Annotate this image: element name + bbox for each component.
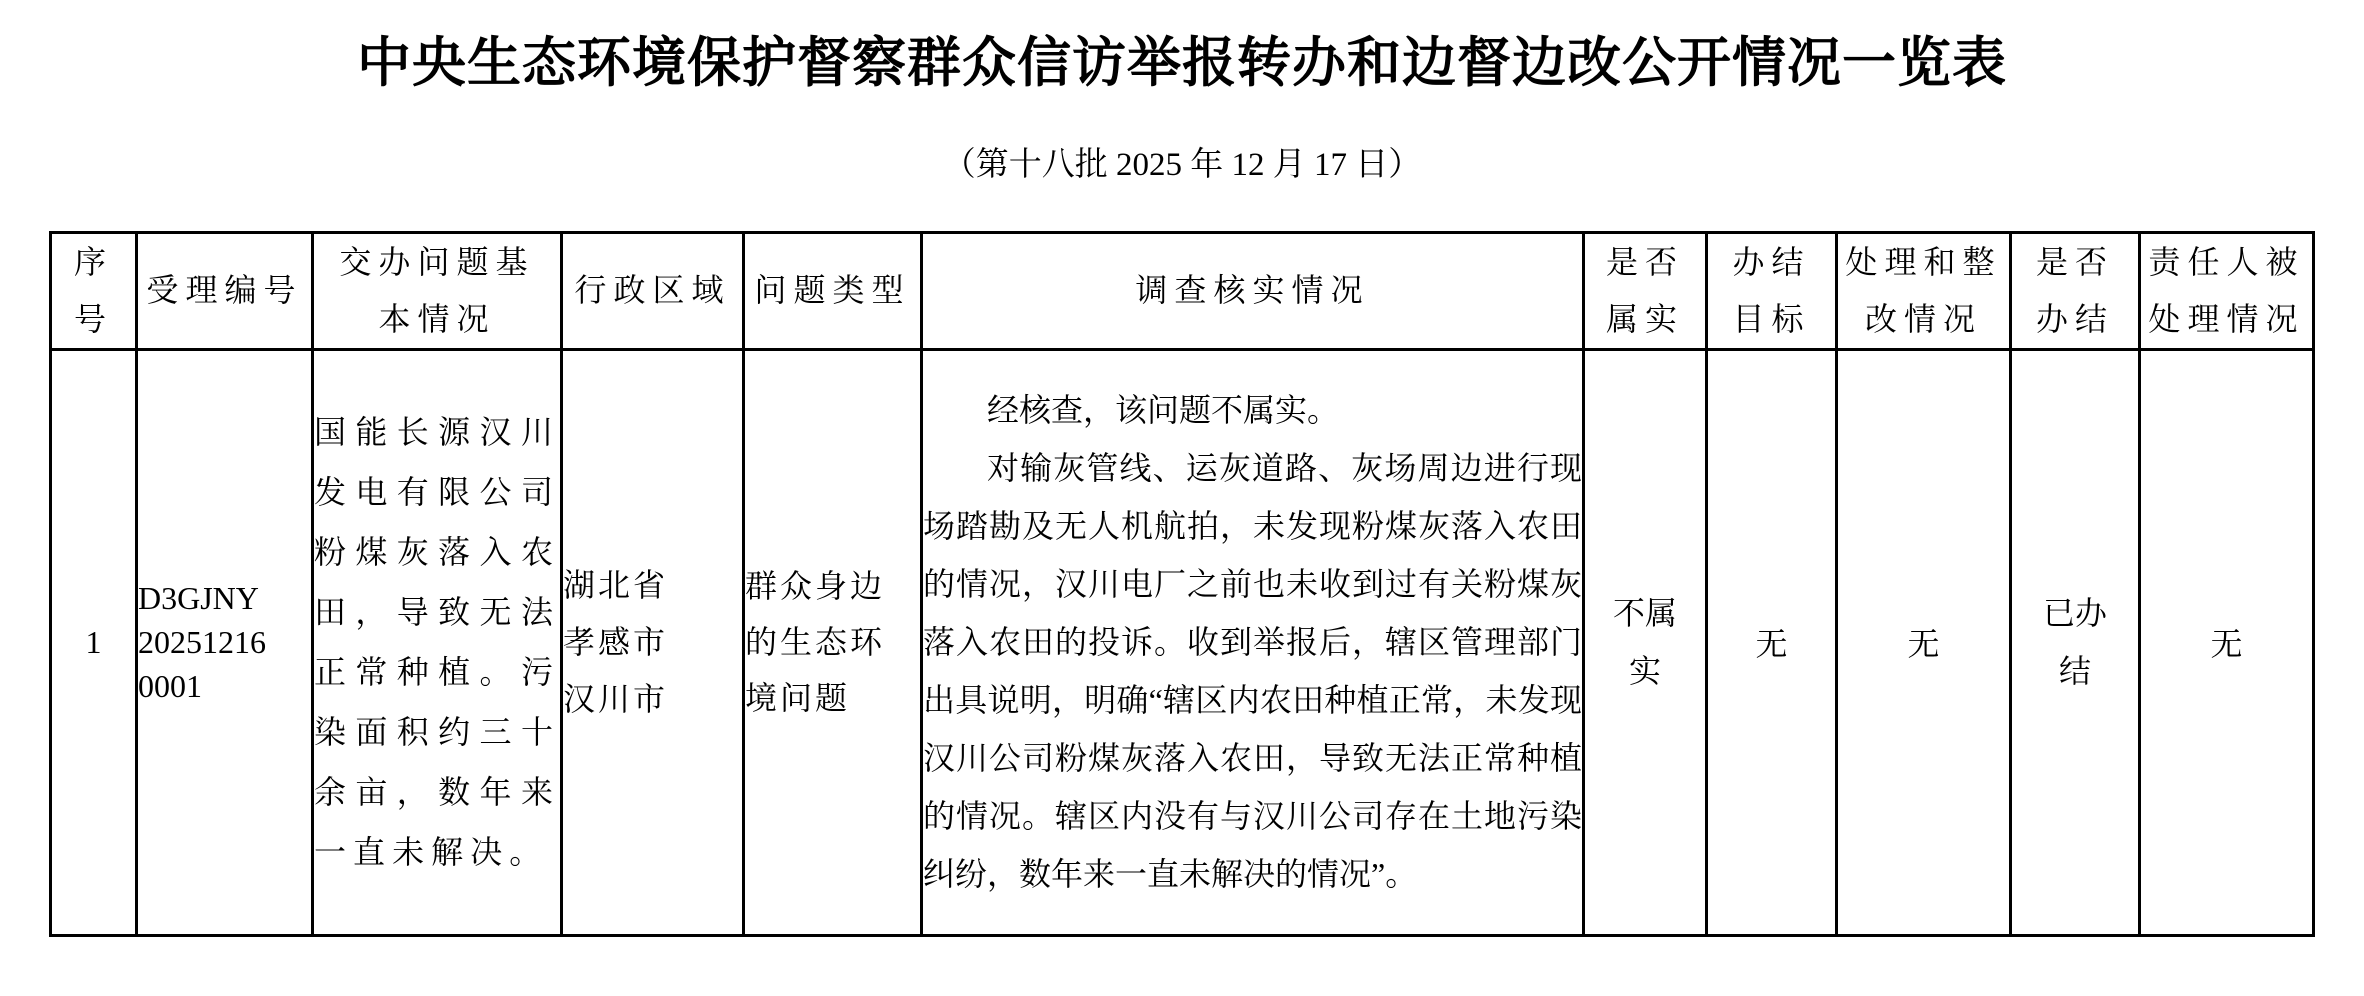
col-header-is-closed: 是否 办结 xyxy=(2011,232,2140,349)
cell-accountability: 无 xyxy=(2140,349,2314,935)
cell-line: 的生态环 xyxy=(745,614,920,670)
cell-case-number: D3GJNY 20251216 0001 xyxy=(137,349,313,935)
header-line: 本情况 xyxy=(314,291,560,348)
header-line: 办结 xyxy=(2012,291,2138,348)
cell-target: 无 xyxy=(1707,349,1837,935)
verification-paragraph-1: 经核查，该问题不属实。 xyxy=(923,381,1582,439)
cell-region: 湖北省 孝感市 汉川市 xyxy=(562,349,744,935)
cell-line: 湖北省 xyxy=(563,557,742,614)
cell-problem-summary: 国能长源汉川发电有限公司粉煤灰落入农田，导致无法正常种植。污染面积约三十余亩，数… xyxy=(313,349,562,935)
col-header-target: 办结 目标 xyxy=(1707,232,1837,349)
cell-line: 不属 xyxy=(1585,584,1705,642)
table-row: 1 D3GJNY 20251216 0001 国能长源汉川发电有限公司粉煤灰落入… xyxy=(51,349,2314,935)
header-line: 办结 xyxy=(1708,234,1835,291)
header-line: 序 xyxy=(52,234,135,291)
col-header-problem-type: 问题类型 xyxy=(744,232,922,349)
cell-line: 已办 xyxy=(2012,584,2138,642)
problem-summary-text: 国能长源汉川发电有限公司粉煤灰落入农田，导致无法正常种植。污染面积约三十余亩，数… xyxy=(314,402,560,882)
cell-line: 20251216 xyxy=(138,620,311,664)
cell-line: D3GJNY xyxy=(138,576,311,620)
report-table: 序 号 受理编号 交办问题基 本情况 行政区域 问题类型 调查核实情况 是否 属… xyxy=(49,231,2315,937)
cell-line: 0001 xyxy=(138,664,311,708)
header-line: 行政区域 xyxy=(563,262,742,319)
cell-line: 实 xyxy=(1585,642,1705,700)
header-line: 调查核实情况 xyxy=(923,262,1582,319)
col-header-region: 行政区域 xyxy=(562,232,744,349)
page-subtitle: （第十八批 2025 年 12 月 17 日） xyxy=(0,144,2364,187)
col-header-index: 序 号 xyxy=(51,232,137,349)
cell-problem-type: 群众身边 的生态环 境问题 xyxy=(744,349,922,935)
cell-index: 1 xyxy=(51,349,137,935)
page-title: 中央生态环境保护督察群众信访举报转办和边督边改公开情况一览表 xyxy=(0,30,2364,98)
cell-line: 群众身边 xyxy=(745,558,920,614)
header-line: 是否 xyxy=(1585,234,1705,291)
cell-line: 境问题 xyxy=(745,670,920,726)
col-header-handling: 处理和整 改情况 xyxy=(1837,232,2011,349)
col-header-problem-summary: 交办问题基 本情况 xyxy=(313,232,562,349)
cell-line: 汉川市 xyxy=(563,671,742,728)
header-line: 属实 xyxy=(1585,291,1705,348)
header-line: 问题类型 xyxy=(745,262,920,319)
cell-is-closed: 已办 结 xyxy=(2011,349,2140,935)
header-line: 是否 xyxy=(2012,234,2138,291)
header-line: 交办问题基 xyxy=(314,234,560,291)
header-line: 号 xyxy=(52,291,135,348)
cell-handling: 无 xyxy=(1837,349,2011,935)
header-line: 受理编号 xyxy=(138,262,311,319)
cell-is-true: 不属 实 xyxy=(1584,349,1707,935)
header-line: 责任人被 xyxy=(2141,234,2312,291)
header-line: 处理和整 xyxy=(1838,234,2009,291)
cell-line: 结 xyxy=(2012,642,2138,700)
header-line: 处理情况 xyxy=(2141,291,2312,348)
header-row: 序 号 受理编号 交办问题基 本情况 行政区域 问题类型 调查核实情况 是否 属… xyxy=(51,232,2314,349)
cell-verification: 经核查，该问题不属实。 对输灰管线、运灰道路、灰场周边进行现场踏勘及无人机航拍，… xyxy=(922,349,1584,935)
col-header-case-number: 受理编号 xyxy=(137,232,313,349)
verification-paragraph-2: 对输灰管线、运灰道路、灰场周边进行现场踏勘及无人机航拍，未发现粉煤灰落入农田的情… xyxy=(923,439,1582,903)
col-header-verification: 调查核实情况 xyxy=(922,232,1584,349)
header-line: 目标 xyxy=(1708,291,1835,348)
col-header-accountability: 责任人被 处理情况 xyxy=(2140,232,2314,349)
cell-line: 孝感市 xyxy=(563,614,742,671)
header-line: 改情况 xyxy=(1838,291,2009,348)
col-header-is-true: 是否 属实 xyxy=(1584,232,1707,349)
